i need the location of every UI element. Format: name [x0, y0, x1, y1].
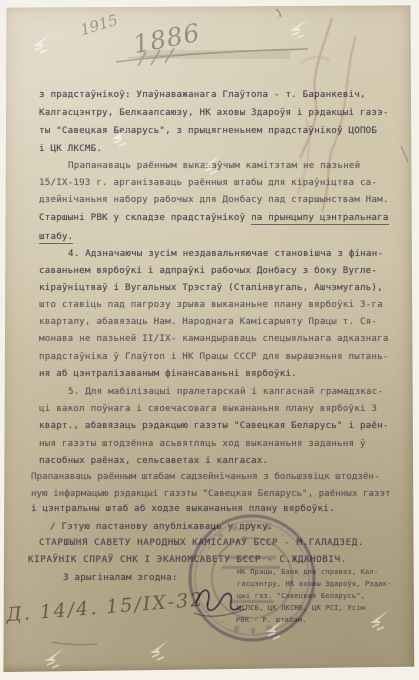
typed-line-publish: / Гэтую пастанову апублікаваць у друку. — [50, 521, 274, 532]
typed-line: 5. Для мабілізацыі пралетарскай і калгас… — [68, 386, 383, 397]
typed-line: што ставіць пад пагрозу зрыва выкананьне… — [39, 299, 383, 310]
typed-line: пасобных раёнах, сельсаветах і калгасах. — [39, 455, 268, 466]
typed-line: 4. Адзначаючы зусім нездавальняючае стан… — [68, 248, 383, 259]
distribution-list-line: РВК - Р. штабам. — [236, 615, 307, 626]
typed-line: ня аб цэнтралізаваным фінансаваньні вярб… — [39, 368, 297, 379]
scanned-document-page: { "page": { "kind": "scanned typewritten… — [0, 0, 419, 680]
distribution-list-line: НК Працы, Банк для справаз, Кал- — [237, 567, 378, 578]
typed-line: кіраўніцтваў і Вугальных Трэстаў (Сталін… — [39, 282, 383, 293]
typed-line: кварталу, абавязаць Нам. Народнага Каміс… — [39, 316, 377, 327]
typed-line: Прапанаваць раённым штабам садзейнічаньн… — [31, 471, 379, 482]
typed-line: ці вакол поўнага і своечасовага выканань… — [39, 403, 377, 414]
certification-label: З арыгіналам згодна: — [63, 572, 178, 583]
typed-line: Старшыні РВК у складзе прадстаўнікоў па … — [39, 212, 389, 223]
distribution-list-line: гасцэнтру, НК аховы Здароўя, Рэдак- — [237, 579, 392, 590]
typed-line: ную інфармацыю рэдакцыі газэты "Савецкая… — [31, 488, 391, 499]
typed-line: Калгасцэнтру, Белкаапсаюзу, НК аховы Зда… — [39, 107, 389, 118]
signature-line-chairman: СТАРШЫНЯ САВЕТУ НАРОДНЫХ КАМІСАРАЎ БССР … — [39, 537, 364, 548]
typed-line: прадстаўніка ў Глаўтоп і НК Працы СССР д… — [39, 351, 389, 362]
typed-line: дзейнічаньня набору рабочых для Донбасу … — [39, 194, 389, 205]
typed-segment: Старшыні РВК у складзе прадстаўнікоў — [39, 212, 251, 223]
typed-line: саваньнем вярбоўкі і адпраўкі рабочых До… — [39, 265, 377, 276]
typed-line: і ЦК ЛКСМБ. — [39, 143, 102, 154]
typed-line: 15/ІХ-193 г. арганізаваць раённыя штабы … — [39, 177, 377, 188]
typed-line: і цэнтральны штаб аб ходзе выкананьня пл… — [31, 503, 335, 514]
typed-line: ныя газэты штодзённа асьвятляць ход выка… — [39, 438, 366, 449]
typed-segment-underlined: па прынцыпу цэнтральнага — [251, 212, 389, 225]
typed-line: штабу. — [39, 231, 73, 242]
typed-line: з прадстаўнікоў: Упаўнаважанага Глаўтопа… — [39, 89, 366, 100]
typed-line: кварт., абавязаць рэдакцыю газэты "Савец… — [39, 420, 389, 431]
typed-line: монава не пазьней II/ІХ- камандыраваць с… — [39, 333, 389, 344]
typed-segment-underlined: штабу. — [39, 231, 73, 244]
distribution-list-line: цыі газ. "Савецкая Беларусь", — [237, 591, 365, 602]
typed-line: ты "Савецкая Беларусь", з прыцягненьнем … — [39, 125, 377, 136]
distribution-list-line: ЦСПСБ, ЦК ЛКСМБ, ЦК РСІ, Усім — [237, 603, 365, 614]
signature-line-secretary: КІРАЎНІК СПРАЎ СНК І ЭКАНОМСАВЕТУ БССР -… — [28, 554, 347, 565]
typed-line: Прапанаваць раённым выканаўчым камітэтам… — [68, 160, 360, 171]
